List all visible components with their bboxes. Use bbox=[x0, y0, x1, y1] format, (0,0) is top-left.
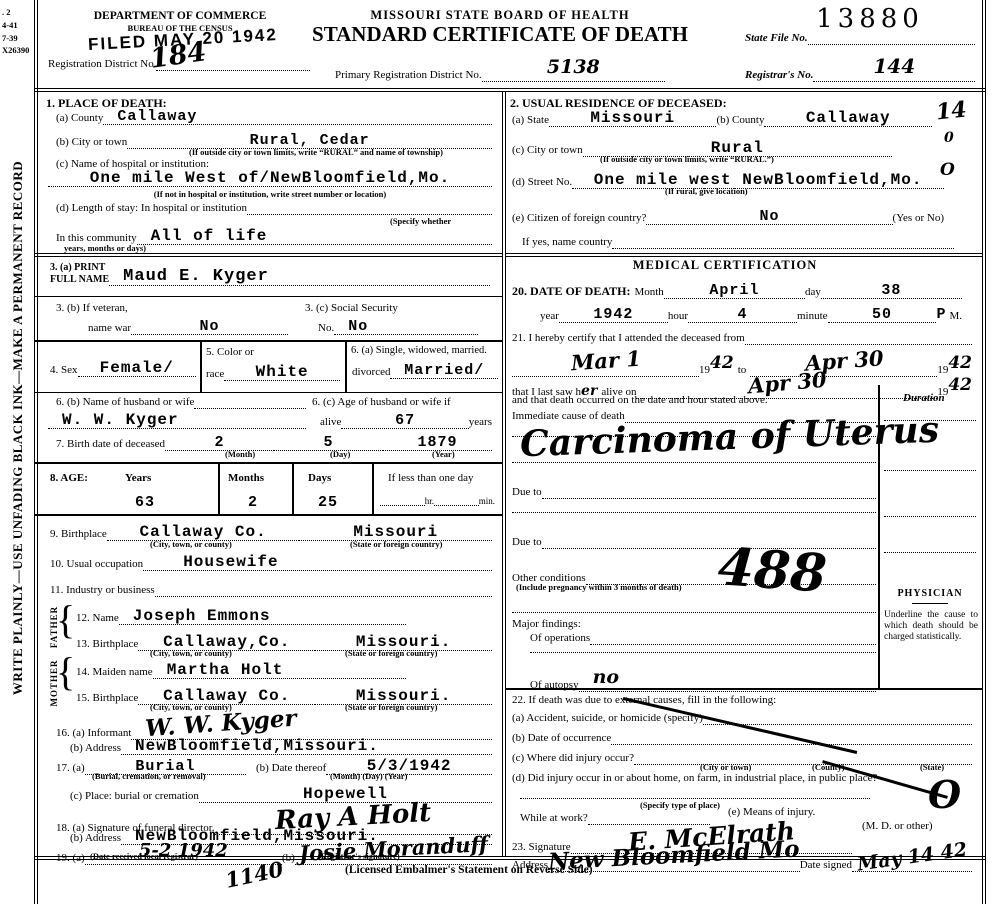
father-brace: { bbox=[56, 600, 75, 640]
last-saw-42: 42 bbox=[948, 375, 972, 395]
pod-hospital-value: One mile West of/NewBloomfield,Mo. bbox=[90, 169, 450, 187]
dod-day-value: 38 bbox=[881, 282, 901, 299]
registrar-date-hint: (Date received local registrar) bbox=[90, 851, 198, 861]
pod-county-row: (a) County Callaway bbox=[56, 108, 492, 125]
veteran-row: name war No bbox=[88, 318, 288, 335]
sex-label: 4. Sex bbox=[50, 364, 78, 377]
primary-district-value: 5138 bbox=[547, 58, 600, 77]
dod-month-label: Month bbox=[634, 286, 663, 299]
spouse-name-line bbox=[194, 404, 306, 409]
marital-value: Married/ bbox=[404, 362, 484, 379]
year-hint: (Year) bbox=[432, 449, 455, 459]
duration-line bbox=[884, 552, 976, 553]
residence-country-label: If yes, name country bbox=[522, 236, 612, 249]
major-findings-label: Major findings: bbox=[512, 618, 581, 631]
mother-birthplace-hint2: (State or foreign country) bbox=[345, 702, 437, 712]
informant-address-row: (b) Address NewBloomfield,Missouri. bbox=[70, 738, 492, 755]
dod-hour-label: hour bbox=[668, 310, 688, 323]
pod-stay-label: (d) Length of stay: In hospital or insti… bbox=[56, 202, 247, 215]
row8-divider bbox=[34, 514, 502, 516]
duration-line bbox=[884, 470, 976, 471]
marital-label: 6. (a) Single, widowed, married. bbox=[351, 345, 487, 356]
mother-name-value: Martha Holt bbox=[167, 661, 284, 679]
spouse-name-label-row: 6. (b) Name of husband or wife bbox=[56, 396, 306, 409]
state-file-row: State File No. bbox=[745, 32, 975, 45]
burial-date-label: (b) Date thereof bbox=[256, 762, 326, 775]
name-row-divider bbox=[34, 296, 502, 297]
age-years-value: 63 bbox=[135, 494, 155, 511]
attended-to-42: 42 bbox=[948, 353, 972, 373]
informant-address-value: NewBloomfield,Missouri. bbox=[135, 737, 379, 755]
pod-stay-line bbox=[247, 210, 492, 215]
registrar-number-value: 144 bbox=[873, 56, 915, 76]
spouse-age-sublabel: alive bbox=[320, 416, 341, 429]
duration-header: Duration bbox=[903, 392, 945, 405]
birthplace-hint2: (State or foreign country) bbox=[350, 539, 442, 549]
father-name-value: Joseph Emmons bbox=[133, 607, 271, 625]
other-line bbox=[512, 612, 876, 613]
father-birthplace-label: 13. Birthplace bbox=[76, 638, 138, 651]
sex-value: Female/ bbox=[100, 359, 174, 377]
injury-where-label: (c) Where did injury occur? bbox=[512, 752, 634, 765]
spouse-name-label: 6. (b) Name of husband or wife bbox=[56, 396, 194, 409]
pod-community-hint: years, months or days) bbox=[64, 243, 146, 253]
registrar-number-row: Registrar's No. 144 bbox=[745, 60, 975, 82]
veteran-label: 3. (b) If veteran, bbox=[56, 302, 128, 315]
dept-of-commerce: DEPARTMENT OF COMMERCE bbox=[55, 10, 305, 22]
burial-hint: (Burial, cremation, or removal) bbox=[92, 771, 206, 781]
occurrence-date-label: (b) Date of occurrence bbox=[512, 732, 611, 745]
marital-sublabel: divorced bbox=[352, 366, 390, 379]
race-label: 5. Color or bbox=[206, 346, 254, 359]
race-sublabel: race bbox=[206, 368, 224, 381]
state-file-line bbox=[808, 40, 975, 45]
frame-line-right bbox=[982, 0, 986, 904]
margin-code: . 2 bbox=[2, 6, 34, 19]
registrar-date-label: 19. (a) bbox=[56, 852, 85, 865]
ssn-value: No bbox=[348, 318, 368, 335]
medical-certification-heading: MEDICAL CERTIFICATION bbox=[560, 258, 890, 273]
pod-stay-row: (d) Length of stay: In hospital or insti… bbox=[56, 202, 492, 215]
section2-divider bbox=[505, 253, 982, 257]
ssn-sublabel: No. bbox=[318, 322, 334, 335]
margin-codes: . 2 4-41 7-39 X26390 bbox=[2, 6, 34, 57]
certify-label: 21. I hereby certify that I attended the… bbox=[512, 332, 745, 345]
header-divider bbox=[34, 88, 986, 92]
residence-county-label: (b) County bbox=[716, 114, 764, 127]
other-conditions-hint: (Include pregnancy within 3 months of de… bbox=[516, 582, 682, 592]
ssn-row: No. No bbox=[318, 318, 478, 335]
residence-country-line bbox=[612, 244, 954, 249]
dod-minute-label: minute bbox=[797, 310, 828, 323]
full-name-sublabel: FULL NAME bbox=[50, 274, 109, 286]
father-birthplace-hint1: (City, town, or county) bbox=[150, 648, 232, 658]
veteran-value: No bbox=[200, 318, 220, 335]
dod-m-label: M. bbox=[949, 310, 962, 323]
age-label: 8. AGE: bbox=[50, 472, 88, 485]
registration-district-label: Registration District No. bbox=[48, 58, 156, 71]
full-name-label: 3. (a) PRINT FULL NAME bbox=[50, 262, 109, 286]
ssn-label: 3. (c) Social Security bbox=[305, 302, 398, 315]
certify-line bbox=[745, 340, 972, 345]
spouse-age-label: 6. (c) Age of husband or wife if bbox=[312, 396, 451, 409]
age-days-value: 25 bbox=[318, 494, 338, 511]
autopsy-value: no bbox=[593, 668, 620, 687]
residence-street-hint: (If rural, give location) bbox=[665, 186, 748, 196]
race-value: White bbox=[256, 363, 309, 381]
margin-code: 4-41 bbox=[2, 19, 34, 32]
while-at-work-row: While at work? bbox=[520, 812, 710, 825]
date-signed-label: Date signed bbox=[800, 859, 852, 872]
state-file-label: State File No. bbox=[745, 32, 808, 45]
mother-name-label: 14. Maiden name bbox=[76, 666, 153, 679]
certify-row1: 21. I hereby certify that I attended the… bbox=[512, 332, 972, 345]
spouse-name-value: W. W. Kyger bbox=[62, 411, 179, 429]
primary-district-label: Primary Registration District No. bbox=[335, 69, 482, 82]
row3-divider bbox=[34, 340, 502, 342]
row7-divider bbox=[34, 462, 502, 464]
dod-minute-value: 50 bbox=[872, 306, 892, 323]
section22-top-divider bbox=[505, 688, 982, 690]
board-of-health-title: MISSOURI STATE BOARD OF HEALTH bbox=[300, 8, 700, 23]
father-birthplace-hint2: (State or foreign country) bbox=[345, 648, 437, 658]
occurrence-date-row: (b) Date of occurrence bbox=[512, 732, 972, 745]
physician-address-label: Address bbox=[512, 859, 548, 872]
age-months-value: 2 bbox=[248, 494, 258, 511]
registrar-sig-hint: (Registrar's signature) bbox=[318, 851, 400, 861]
pod-stay-hint: (Specify whether bbox=[390, 216, 451, 226]
residence-city-label: (c) City or town bbox=[512, 144, 583, 157]
residence-citizen-row: (e) Citizen of foreign country? No (Yes … bbox=[512, 208, 944, 225]
pod-city-hint: (If outside city or town limits, write “… bbox=[140, 147, 492, 157]
day-hint: (Day) bbox=[330, 449, 350, 459]
sex-row: 4. Sex Female/ bbox=[50, 360, 196, 377]
statistical-code-annotation: 488 bbox=[716, 536, 829, 604]
certificate-number: 13880 bbox=[770, 4, 970, 34]
burial-label: 17. (a) bbox=[56, 762, 85, 775]
physician-sidebar-rule bbox=[912, 603, 948, 604]
dod-meridiem: P bbox=[936, 306, 946, 323]
pod-city-label: (b) City or town bbox=[56, 136, 127, 149]
age-min-label: min. bbox=[479, 496, 495, 506]
spouse-age-unit: years bbox=[469, 416, 492, 429]
residence-citizen-value: No bbox=[759, 208, 779, 225]
age-min-line bbox=[434, 501, 479, 506]
residence-street-label: (d) Street No. bbox=[512, 176, 572, 189]
injury-state-hint: (State) bbox=[920, 762, 944, 772]
section1-divider bbox=[34, 253, 502, 257]
residence-county-value: Callaway bbox=[806, 109, 891, 127]
due-line bbox=[512, 512, 876, 513]
last-saw-date: Apr 30 bbox=[747, 369, 827, 397]
injury-city-hint: (City or town) bbox=[700, 762, 751, 772]
date-of-death-row2: year 1942 hour 4 minute 50 P M. bbox=[540, 306, 962, 323]
pod-county-label: (a) County bbox=[56, 112, 103, 125]
residence-state-label: (a) State bbox=[512, 114, 549, 127]
while-at-work-label: While at work? bbox=[520, 812, 588, 825]
attended-from-value: Mar 1 bbox=[570, 348, 641, 374]
father-name-label: 12. Name bbox=[76, 612, 119, 625]
month-hint: (Month) bbox=[225, 449, 255, 459]
burial-date-hint: (Month) (Day) (Year) bbox=[330, 771, 407, 781]
age-days-header: Days bbox=[308, 472, 331, 485]
due-to-row1: Due to bbox=[512, 486, 876, 499]
column-divider bbox=[502, 92, 506, 856]
pod-hospital-hint: (If not in hospital or institution, writ… bbox=[90, 189, 450, 199]
dod-year-value: 1942 bbox=[593, 306, 633, 323]
age-cell-divider bbox=[292, 462, 294, 514]
cell-divider bbox=[200, 340, 202, 392]
findings-line bbox=[530, 652, 876, 653]
print-label: 3. (a) PRINT bbox=[50, 262, 109, 274]
full-name-value: Maud E. Kyger bbox=[123, 267, 269, 286]
margin-annotation-o-large: O bbox=[928, 772, 961, 817]
residence-state-county-row: (a) State Missouri (b) County Callaway bbox=[512, 110, 932, 127]
spouse-age-value: 67 bbox=[395, 412, 415, 429]
registrar-number-label: Registrar's No. bbox=[745, 69, 813, 82]
dod-year-label: year bbox=[540, 310, 559, 323]
injury-place-line bbox=[520, 798, 870, 799]
md-or-other-label: (M. D. or other) bbox=[862, 820, 933, 833]
accident-label: (a) Accident, suicide, or homicide (spec… bbox=[512, 712, 703, 725]
dod-month-value: April bbox=[709, 282, 759, 299]
occurred-statement: and that death occurred on the date and … bbox=[512, 394, 768, 407]
residence-citizen-hint: (Yes or No) bbox=[893, 212, 944, 225]
residence-city-hint: (If outside city or town limits, write “… bbox=[600, 154, 774, 164]
age-cell-divider bbox=[372, 462, 374, 514]
marital-row: divorced Married/ bbox=[352, 362, 498, 379]
birthplace-hint1: (City, town, or county) bbox=[150, 539, 232, 549]
residence-street-value: One mile west NewBloomfield,Mo. bbox=[594, 171, 923, 189]
birthplace-label: 9. Birthplace bbox=[50, 528, 107, 541]
margin-code: X26390 bbox=[2, 44, 34, 57]
birthdate-row: 7. Birth date of deceased 2 5 1879 bbox=[56, 434, 492, 451]
margin-annotation-14: 14 bbox=[935, 96, 968, 125]
physician-sidebar-header: PHYSICIAN bbox=[884, 588, 976, 599]
dod-day-label: day bbox=[805, 286, 821, 299]
age-months-header: Months bbox=[228, 472, 264, 485]
informant-address-label: (b) Address bbox=[70, 742, 121, 755]
dod-hour-value: 4 bbox=[737, 306, 747, 323]
operations-line bbox=[590, 640, 876, 645]
injury-place-label: (d) Did injury occur in or about home, o… bbox=[512, 772, 877, 785]
pod-hospital-row: One mile West of/NewBloomfield,Mo. bbox=[48, 170, 492, 187]
certify-row2: Mar 1 19 42 to Apr 30 19 42 bbox=[512, 354, 972, 377]
death-certificate-scan: . 2 4-41 7-39 X26390 WRITE PLAINLY—USE U… bbox=[0, 0, 1000, 904]
age-hr-min-row: hr. min. bbox=[380, 496, 495, 506]
pod-community-value: All of life bbox=[151, 227, 268, 245]
burial-place-label: (c) Place: burial or cremation bbox=[70, 790, 199, 803]
mother-name-row: 14. Maiden name Martha Holt bbox=[76, 662, 406, 679]
due-to-label1: Due to bbox=[512, 486, 542, 499]
attended-from-42: 42 bbox=[710, 353, 734, 373]
birthdate-label: 7. Birth date of deceased bbox=[56, 438, 165, 451]
frame-line-left bbox=[34, 0, 38, 904]
father-name-row: 12. Name Joseph Emmons bbox=[76, 608, 406, 625]
race-row: race White bbox=[206, 364, 340, 381]
mother-birthplace-label: 15. Birthplace bbox=[76, 692, 138, 705]
duration-line bbox=[884, 516, 976, 517]
operations-row: Of operations bbox=[530, 632, 876, 645]
margin-annotation-0: 0 bbox=[944, 130, 954, 146]
pod-county-value: Callaway bbox=[117, 108, 197, 125]
date-of-death-label: 20. DATE OF DEATH: bbox=[512, 285, 630, 299]
cell-divider bbox=[345, 340, 347, 392]
veteran-sublabel: name war bbox=[88, 322, 131, 335]
spouse-age-row: alive 67 years bbox=[320, 412, 492, 429]
margin-vertical-instruction: WRITE PLAINLY—USE UNFADING BLACK INK—MAK… bbox=[10, 98, 26, 758]
occupation-label: 10. Usual occupation bbox=[50, 558, 143, 571]
industry-label: 11. Industry or business bbox=[50, 584, 155, 597]
date-of-death-row1: 20. DATE OF DEATH: Month April day 38 bbox=[512, 282, 962, 299]
spouse-name-row: W. W. Kyger bbox=[48, 412, 306, 429]
primary-district-row: Primary Registration District No. 5138 bbox=[335, 62, 665, 82]
residence-state-value: Missouri bbox=[590, 109, 675, 127]
margin-code: 7-39 bbox=[2, 32, 34, 45]
physician-address-row: Address New Bloomfield Mo Date signed Ma… bbox=[512, 848, 972, 872]
residence-citizen-label: (e) Citizen of foreign country? bbox=[512, 212, 646, 225]
industry-row: 11. Industry or business bbox=[50, 584, 492, 597]
age-years-header: Years bbox=[125, 472, 151, 485]
age-hr-label: hr. bbox=[425, 496, 434, 506]
occupation-row: 10. Usual occupation Housewife bbox=[50, 554, 492, 571]
accident-row: (a) Accident, suicide, or homicide (spec… bbox=[512, 712, 972, 725]
residence-country-row: If yes, name country bbox=[522, 236, 954, 249]
physician-sidebar-note: Underline the cause to which death shoul… bbox=[884, 610, 978, 643]
occurrence-date-line bbox=[611, 740, 972, 745]
age-less-header: If less than one day bbox=[388, 472, 474, 485]
occupation-value: Housewife bbox=[183, 553, 278, 571]
due-to-line1 bbox=[542, 494, 876, 499]
age-hr-line bbox=[380, 501, 425, 506]
due-to-label2: Due to bbox=[512, 536, 542, 549]
industry-line bbox=[155, 592, 492, 597]
certificate-title: STANDARD CERTIFICATE OF DEATH bbox=[285, 22, 715, 47]
operations-label: Of operations bbox=[530, 632, 590, 645]
autopsy-label: Of autopsy bbox=[530, 679, 579, 692]
full-name-row: 3. (a) PRINT FULL NAME Maud E. Kyger bbox=[50, 262, 490, 286]
birthdate-month: 2 bbox=[215, 434, 225, 451]
row456-divider bbox=[34, 392, 502, 393]
age-cell-divider bbox=[218, 462, 220, 514]
mother-brace: { bbox=[56, 652, 75, 692]
registrar-sig-label: (b) bbox=[282, 852, 295, 865]
date-signed-value: May 14 42 bbox=[856, 840, 968, 874]
